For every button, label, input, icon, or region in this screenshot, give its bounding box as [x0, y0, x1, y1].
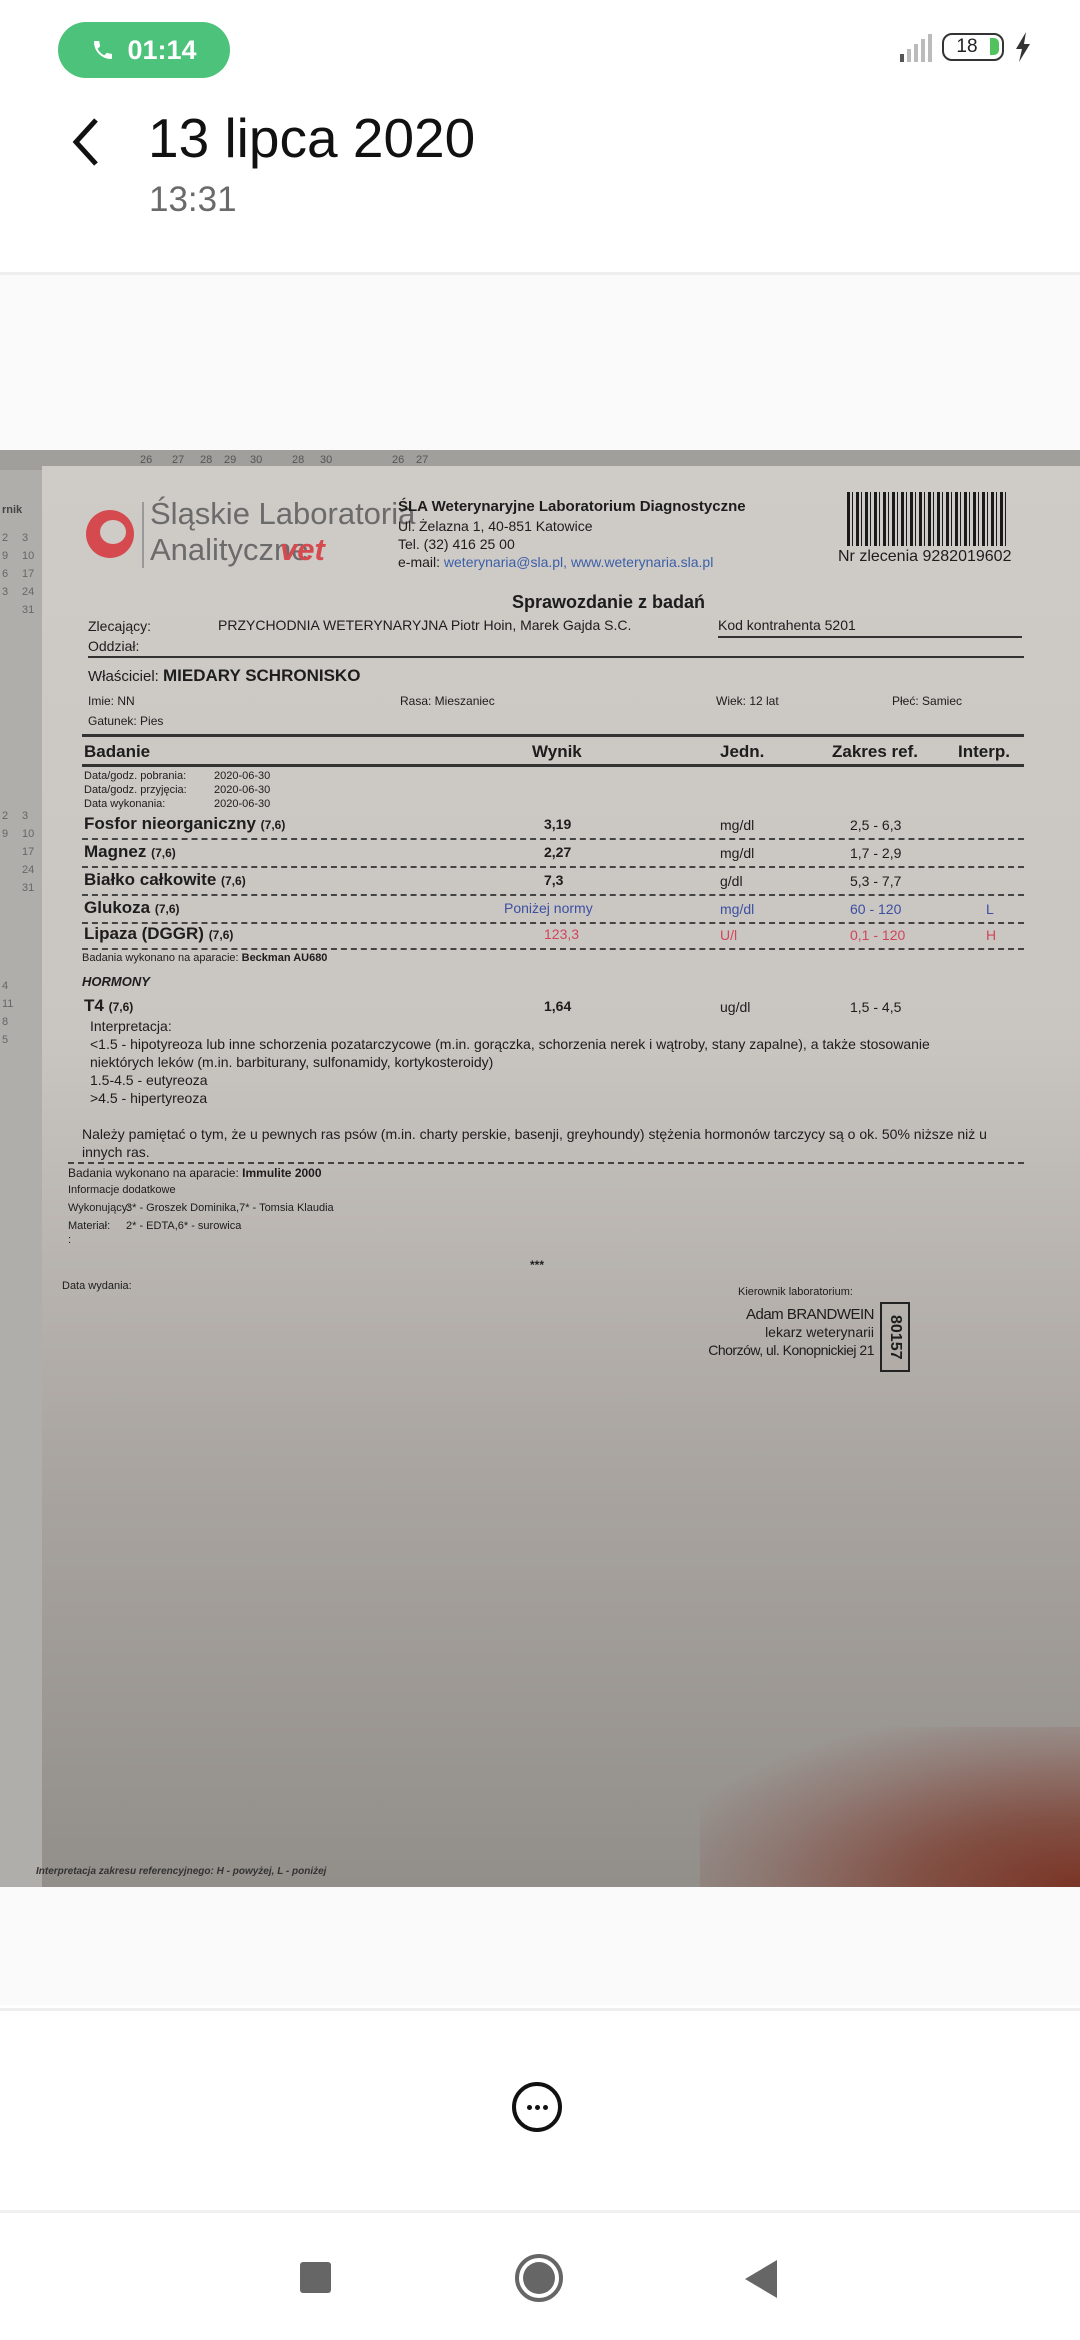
phone-icon — [91, 38, 115, 62]
performed-by-value: 3* - Groszek Dominika,7* - Tomsia Klaudi… — [126, 1202, 334, 1214]
dashed-divider — [82, 838, 1024, 840]
battery-icon: 18 — [942, 33, 1004, 61]
divider — [88, 656, 1024, 658]
performed-date-value: 2020-06-30 — [214, 798, 270, 810]
analyzer-2-row: Badania wykonano na aparacie: Immulite 2… — [68, 1166, 322, 1180]
dashed-divider — [82, 948, 1024, 950]
colon-mark: : — [68, 1234, 71, 1246]
interpretation-line: niektórych leków (m.in. barbiturany, sul… — [90, 1054, 493, 1070]
stars-mark: *** — [530, 1258, 544, 1272]
calendar-day: 17 — [22, 568, 34, 580]
lab-report: Śląskie Laboratoria Analityczne vet ŚLA … — [42, 466, 1080, 1887]
test-code: (7,6) — [155, 902, 180, 916]
calendar-day: 29 — [224, 454, 236, 466]
contractor-code: Kod kontrahenta 5201 — [718, 617, 856, 633]
home-circle-icon[interactable] — [515, 2254, 563, 2302]
test-name: Białko całkowite (7,6) — [84, 870, 246, 890]
test-ref-range: 60 - 120 — [850, 901, 901, 917]
calendar-day: 24 — [22, 864, 34, 876]
test-name: Magnez (7,6) — [84, 842, 176, 862]
client-label: Zlecający: — [88, 618, 151, 634]
hormone-unit: ug/dl — [720, 999, 750, 1015]
client-value: PRZYCHODNIA WETERYNARYJNA Piotr Hoin, Ma… — [218, 617, 631, 633]
footer-note: Interpretacja zakresu referencyjnego: H … — [36, 1866, 326, 1877]
test-name: Glukoza (7,6) — [84, 898, 180, 918]
test-result: 2,27 — [544, 844, 571, 860]
calendar-day: 17 — [22, 846, 34, 858]
performed-date-label: Data wykonania: — [84, 798, 165, 810]
calendar-day: 31 — [22, 882, 34, 894]
order-number: Nr zlecenia 9282019602 — [838, 548, 1011, 566]
test-result: Poniżej normy — [504, 900, 593, 916]
report-title: Sprawozdanie z badań — [512, 592, 705, 613]
analyzer-1-row: Badania wykonano na aparacie: Beckman AU… — [82, 952, 327, 964]
test-name-text: Magnez — [84, 842, 146, 861]
more-options-button[interactable] — [512, 2082, 562, 2132]
test-code: (7,6) — [151, 846, 176, 860]
dot — [527, 2105, 532, 2110]
test-unit: mg/dl — [720, 901, 754, 917]
calendar-day: 9 — [2, 550, 8, 562]
interpretation-line: 1.5-4.5 - eutyreoza — [90, 1072, 208, 1088]
lab-address: Ul. Żelazna 1, 40-851 Katowice — [398, 518, 593, 534]
calendar-day: 27 — [172, 454, 184, 466]
page-title: 13 lipca 2020 — [148, 106, 475, 170]
battery-level: 18 — [956, 36, 977, 58]
calendar-day: 30 — [320, 454, 332, 466]
home-dot — [523, 2262, 555, 2294]
interpretation-title: Interpretacja: — [90, 1018, 172, 1034]
note-line: innych ras. — [82, 1144, 150, 1160]
interpretation-line: <1.5 - hipotyreoza lub inne schorzenia p… — [90, 1036, 930, 1052]
test-ref-range: 2,5 - 6,3 — [850, 817, 901, 833]
material-value: 2* - EDTA,6* - surowica — [126, 1220, 241, 1232]
department-label: Oddział: — [88, 638, 139, 654]
test-unit: g/dl — [720, 873, 743, 889]
collection-date-value: 2020-06-30 — [214, 770, 270, 782]
animal-species: Gatunek: Pies — [88, 714, 163, 728]
lab-email-link: weterynaria@sla.pl, www.weterynaria.sla.… — [444, 554, 713, 570]
lab-phone: Tel. (32) 416 25 00 — [398, 536, 515, 552]
dashed-divider — [82, 894, 1024, 896]
analyzer-2-value: Immulite 2000 — [242, 1166, 321, 1180]
stamp-number: 80157 — [880, 1302, 910, 1372]
column-ref-range: Zakres ref. — [832, 742, 918, 762]
calendar-day: 26 — [140, 454, 152, 466]
call-timer: 01:14 — [127, 35, 196, 66]
lab-logo-icon — [86, 510, 134, 558]
interpretation-line: >4.5 - hipertyreoza — [90, 1090, 207, 1106]
owner-value: MIEDARY SCHRONISKO — [163, 666, 360, 685]
divider — [0, 2210, 1080, 2213]
calendar-day: 10 — [22, 550, 34, 562]
column-result: Wynik — [532, 742, 582, 762]
photo-red-object — [700, 1727, 1080, 1887]
test-result: 3,19 — [544, 816, 571, 832]
test-ref-range: 1,7 - 2,9 — [850, 845, 901, 861]
logo-vet: vet — [280, 532, 325, 568]
calendar-day: 26 — [392, 454, 404, 466]
analyzer-1-value: Beckman AU680 — [242, 952, 328, 964]
calendar-day: 3 — [2, 586, 8, 598]
test-name-text: Glukoza — [84, 898, 150, 917]
calendar-day: 28 — [292, 454, 304, 466]
status-icons: 18 — [900, 32, 1032, 62]
table-top-rule — [82, 734, 1024, 737]
calendar-day: 30 — [250, 454, 262, 466]
owner-row: Właściciel: MIEDARY SCHRONISKO — [88, 666, 360, 686]
test-unit: U/l — [720, 927, 737, 943]
calendar-day: 24 — [22, 586, 34, 598]
lab-name: ŚLA Weterynaryjne Laboratorium Diagnosty… — [398, 498, 746, 515]
hormone-result: 1,64 — [544, 998, 571, 1014]
back-triangle-icon[interactable] — [745, 2260, 777, 2298]
animal-sex: Płeć: Samiec — [892, 694, 962, 708]
owner-label: Właściciel: — [88, 668, 159, 685]
stamp-line2: lekarz weterynarii — [712, 1324, 874, 1340]
lab-email-row: e-mail: weterynaria@sla.pl, www.weteryna… — [398, 554, 713, 570]
signal-icon — [900, 32, 932, 62]
test-name-text: Lipaza (DGGR) — [84, 924, 204, 943]
recent-apps-square-icon[interactable] — [300, 2262, 331, 2293]
test-code: (7,6) — [221, 874, 246, 888]
calendar-day: 10 — [22, 828, 34, 840]
calendar-day: 8 — [2, 1016, 8, 1028]
test-name: Fosfor nieorganiczny (7,6) — [84, 814, 285, 834]
material-label: Materiał: — [68, 1220, 110, 1232]
calendar-day: 11 — [2, 998, 13, 1010]
calendar-month: rnik — [2, 504, 22, 516]
divider — [718, 636, 1022, 638]
hormone-test-name: T4 (7,6) — [84, 996, 133, 1016]
background-calendar-left: rnik 2 3 9 10 6 17 3 24 31 2 3 9 10 17 2… — [0, 470, 42, 1887]
document-photo[interactable]: 26 27 28 29 30 28 30 26 27 rnik 2 3 9 10… — [0, 450, 1080, 1887]
hormones-section-title: HORMONY — [82, 974, 150, 989]
test-code: (7,6) — [109, 1000, 134, 1014]
calendar-day: 4 — [2, 980, 8, 992]
column-interp: Interp. — [958, 742, 1010, 762]
test-name-text: Fosfor nieorganiczny — [84, 814, 256, 833]
performed-by-label: Wykonujący: — [68, 1202, 130, 1214]
issue-date-label: Data wydania: — [62, 1280, 132, 1292]
test-name-text: Białko całkowite — [84, 870, 216, 889]
test-code: (7,6) — [261, 818, 286, 832]
back-arrow-icon[interactable] — [66, 112, 106, 172]
calendar-day: 9 — [2, 828, 8, 840]
animal-age: Wiek: 12 lat — [716, 694, 779, 708]
calendar-day: 6 — [2, 568, 8, 580]
test-unit: mg/dl — [720, 817, 754, 833]
calendar-day: 2 — [2, 532, 8, 544]
calendar-day: 3 — [22, 532, 28, 544]
analyzer-1-label: Badania wykonano na aparacie: — [82, 952, 239, 964]
received-date-label: Data/godz. przyjęcia: — [84, 784, 187, 796]
logo-text-line1: Śląskie Laboratoria — [150, 496, 415, 532]
dot — [543, 2105, 548, 2110]
charging-bolt-icon — [1014, 32, 1032, 62]
lab-email-label: e-mail: — [398, 554, 440, 570]
test-unit: mg/dl — [720, 845, 754, 861]
test-ref-range: 0,1 - 120 — [850, 927, 905, 943]
additional-info: Informacje dodatkowe — [68, 1184, 176, 1196]
test-code: (7,6) — [209, 928, 234, 942]
calendar-day: 27 — [416, 454, 428, 466]
stamp-line1: Adam BRANDWEIN — [712, 1306, 874, 1323]
dashed-divider — [82, 866, 1024, 868]
test-interp-flag: H — [986, 927, 996, 943]
note-line: Należy pamiętać o tym, że u pewnych ras … — [82, 1126, 987, 1142]
test-ref-range: 5,3 - 7,7 — [850, 873, 901, 889]
dashed-divider — [68, 1162, 1024, 1164]
calendar-day: 31 — [22, 604, 34, 616]
lab-head-label: Kierownik laboratorium: — [738, 1286, 853, 1298]
test-name: Lipaza (DGGR) (7,6) — [84, 924, 233, 944]
test-interp-flag: L — [986, 901, 994, 917]
received-date-value: 2020-06-30 — [214, 784, 270, 796]
animal-breed: Rasa: Mieszaniec — [400, 694, 495, 708]
ongoing-call-pill[interactable]: 01:14 — [58, 22, 230, 78]
collection-date-label: Data/godz. pobrania: — [84, 770, 186, 782]
test-name: T4 — [84, 996, 104, 1015]
table-header-rule — [82, 764, 1024, 767]
test-result: 7,3 — [544, 872, 563, 888]
calendar-day: 3 — [22, 810, 28, 822]
analyzer-2-label: Badania wykonano na aparacie: — [68, 1166, 239, 1180]
logo-separator — [142, 502, 144, 568]
animal-name: Imie: NN — [88, 694, 135, 708]
dot — [535, 2105, 540, 2110]
test-result: 123,3 — [544, 926, 579, 942]
calendar-day: 2 — [2, 810, 8, 822]
column-unit: Jedn. — [720, 742, 764, 762]
barcode — [847, 492, 1007, 546]
calendar-day: 5 — [2, 1034, 8, 1046]
stamp-line3: Chorzów, ul. Konopnickiej 21 — [682, 1342, 874, 1358]
column-test: Badanie — [84, 742, 150, 762]
hormone-ref: 1,5 - 4,5 — [850, 999, 901, 1015]
calendar-day: 28 — [200, 454, 212, 466]
page-subtitle-time: 13:31 — [149, 180, 237, 220]
lab-report-paper: Śląskie Laboratoria Analityczne vet ŚLA … — [42, 466, 1080, 1887]
